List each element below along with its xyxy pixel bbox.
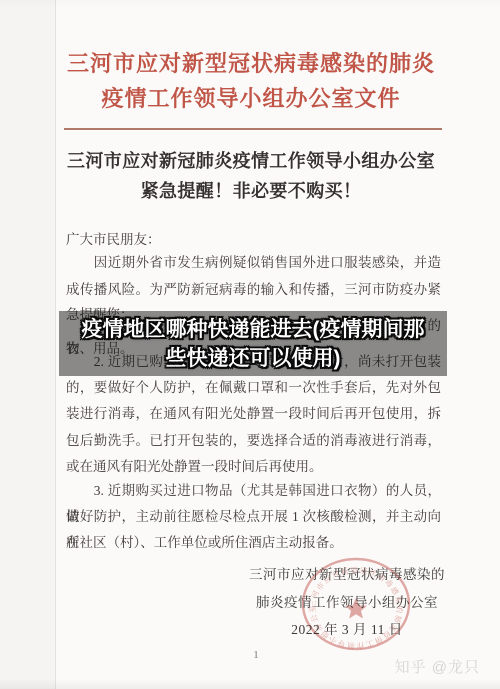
headline-overlay-banner: 疫情地区哪种快递能进去(疫情期间那 些快递还可以使用)	[59, 311, 447, 376]
photo-top-shade	[0, 0, 500, 8]
body-line: 的，要做好个人防护，在佩戴口罩和一次性手套后，先对外包	[66, 375, 441, 401]
body-line: 做好防护，主动前往愿检尽检点开展 1 次核酸检测，并主动向所	[66, 504, 441, 530]
letterhead-title: 三河市应对新型冠状病毒感染的肺炎 疫情工作领导小组办公室文件	[58, 46, 444, 116]
body-line: 或在通风有阳光处静置一段时间后再使用。	[66, 454, 441, 480]
letterhead-line2: 疫情工作领导小组办公室文件	[58, 81, 444, 116]
notice-title-line1: 三河市应对新冠肺炎疫情工作领导小组办公室	[58, 146, 444, 176]
page-number: 1	[246, 649, 266, 661]
letterhead-line1: 三河市应对新型冠状病毒感染的肺炎	[58, 46, 444, 81]
zhihu-watermark: 知乎 @龙只	[395, 656, 480, 677]
body-line: 在社区（村）、工作单位或所住酒店主动报备。	[66, 530, 441, 556]
body-line: 包后勤洗手。已打开包装的，要选择合适的消毒液进行消毒，	[66, 428, 441, 454]
document-photo: { "header": { "line1": "三河市应对新型冠状病毒感染的肺炎…	[0, 0, 500, 689]
signature-date: 2022 年 3 月 11 日	[249, 616, 445, 644]
body-line: 3. 近期购买过进口物品（尤其是韩国进口衣物）的人员，请	[66, 478, 441, 504]
body-line: 成传播风险。为严防新冠病毒的输入和传播，三河市防疫办紧	[66, 277, 441, 304]
body-line: 因近期外省市发生病例疑似销售国外进口服装感染，并造	[66, 250, 441, 277]
signature-block: 三河市应对新型冠状病毒感染的 肺炎疫情工作领导小组办公室 2022 年 3 月 …	[249, 561, 445, 644]
photo-bottom-shade	[0, 679, 500, 689]
red-divider	[64, 128, 442, 130]
headline-line2: 些快递还可以使用)	[166, 344, 341, 373]
headline-line1: 疫情地区哪种快递能进去(疫情期间那	[82, 315, 425, 344]
signature-line1: 三河市应对新型冠状病毒感染的	[249, 561, 445, 589]
body-line: 装进行消毒，在通风有阳光处静置一段时间后再开包使用，拆	[66, 401, 441, 427]
intro-paragraph: 因近期外省市发生病例疑似销售国外进口服装感染，并造 成传播风险。为严防新冠病毒的…	[66, 250, 441, 303]
notice-title-line2: 紧急提醒！非必要不购买！	[58, 176, 444, 206]
notice-title: 三河市应对新冠肺炎疫情工作领导小组办公室 紧急提醒！非必要不购买！	[58, 146, 444, 206]
signature-line2: 肺炎疫情工作领导小组办公室	[249, 589, 445, 617]
notice-item-3: 3. 近期购买过进口物品（尤其是韩国进口衣物）的人员，请 做好防护，主动前往愿检…	[66, 478, 441, 557]
photo-left-margin	[0, 0, 56, 689]
